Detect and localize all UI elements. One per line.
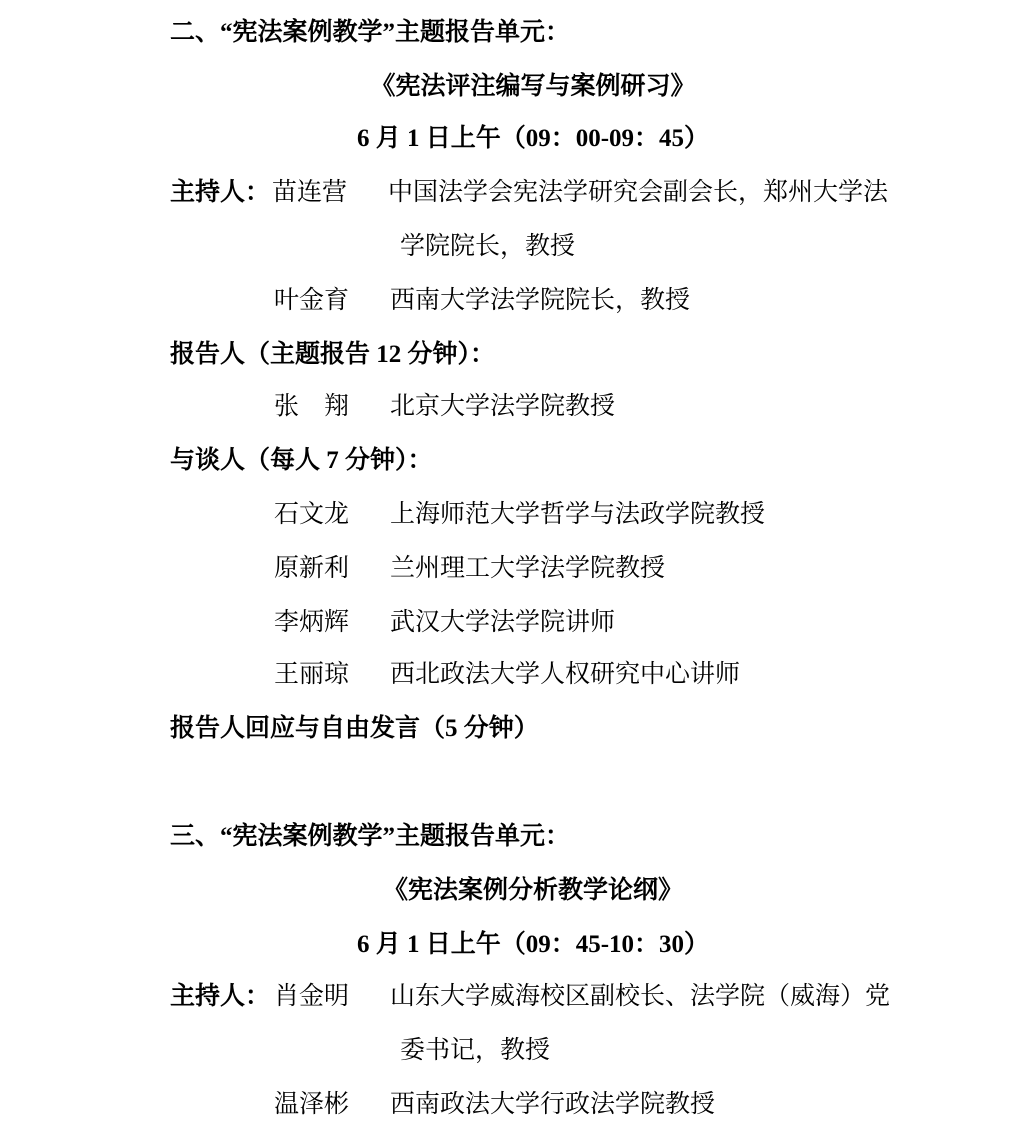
report-title: 《宪法评注编写与案例研习》 [0,72,1012,102]
host-affiliation-line2: 委书记，教授 [400,1036,550,1066]
host-name: 苗连营 [272,178,347,208]
discussant-name: 王丽琼 [274,660,349,690]
host-affiliation: 西南大学法学院院长，教授 [390,286,690,316]
host-affiliation: 中国法学会宪法学研究会副会长，郑州大学法 [388,178,888,208]
host-name: 温泽彬 [274,1090,349,1120]
discussant-name: 石文龙 [274,500,349,530]
session-time: 6 月 1 日上午（09：45-10：30） [0,930,1012,960]
host-name: 肖金明 [274,982,349,1012]
session-time: 6 月 1 日上午（09：00-09：45） [0,124,1012,154]
reporter-label: 报告人（主题报告 12 分钟）： [170,340,495,370]
section-heading: 三、“宪法案例教学”主题报告单元： [170,822,570,852]
hosts-label: 主持人： [170,178,270,208]
section-heading: 二、“宪法案例教学”主题报告单元： [170,18,570,48]
host-affiliation: 山东大学威海校区副校长、法学院（威海）党 [390,982,890,1012]
host-affiliation-line2: 学院院长，教授 [400,232,575,262]
discussant-affiliation: 武汉大学法学院讲师 [390,608,615,638]
hosts-label: 主持人： [170,982,270,1012]
reporter-name: 张 翔 [274,392,349,422]
host-affiliation: 西南政法大学行政法学院教授 [390,1090,715,1120]
discussant-affiliation: 兰州理工大学法学院教授 [390,554,665,584]
discussant-affiliation: 西北政法大学人权研究中心讲师 [390,660,740,690]
host-name: 叶金育 [274,286,349,316]
report-title: 《宪法案例分析教学论纲》 [0,876,1012,906]
discussant-name: 李炳辉 [274,608,349,638]
discussant-name: 原新利 [274,554,349,584]
reporter-affiliation: 北京大学法学院教授 [390,392,615,422]
closing-note: 报告人回应与自由发言（5 分钟） [170,714,539,744]
discussant-affiliation: 上海师范大学哲学与法政学院教授 [390,500,765,530]
discussants-label: 与谈人（每人 7 分钟）： [170,446,433,476]
